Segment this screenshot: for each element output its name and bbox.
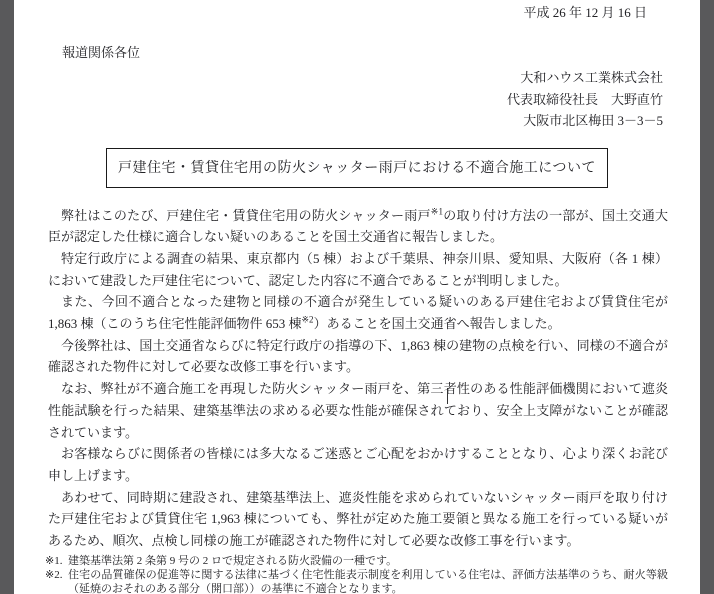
footnote-marker: ※1. (45, 554, 68, 568)
footnote-text: 住宅の品質確保の促進等に関する法律に基づく住宅性能表示制度を利用している住宅は、… (68, 568, 668, 594)
body-paragraph: お客様ならびに関係者の皆様には多大なるご迷惑とご心配をおかけすることとなり、心よ… (48, 443, 668, 486)
footnote-ref: ※2 (302, 315, 314, 325)
paragraph-text: 今後弊社は、国土交通省ならびに特定行政庁の指導の下、1,863 棟の建物の点検を… (48, 338, 668, 375)
paragraph-text: あわせて、同時期に建設され、建築基準法上、遮炎性能を求められていないシャッター雨… (48, 490, 668, 548)
paragraph-text: お客様ならびに関係者の皆様には多大なるご迷惑とご心配をおかけすることとなり、心よ… (48, 446, 668, 483)
sender-block: 大和ハウス工業株式会社 代表取締役社長 大野直竹 大阪市北区梅田 3－3－5 (14, 67, 700, 132)
sender-representative: 代表取締役社長 大野直竹 (14, 89, 663, 111)
document-title: 戸建住宅・賃貸住宅用の防火シャッター雨戸における不適合施工について (118, 161, 596, 176)
footnote: ※2.住宅の品質確保の促進等に関する法律に基づく住宅性能表示制度を利用している住… (45, 568, 668, 594)
paragraph-text: 弊社はこのたび、戸建住宅・賃貸住宅用の防火シャッター雨戸 (61, 208, 431, 223)
body-paragraph: また、今回不適合となった建物と同様の不適合が発生している疑いのある戸建住宅および… (48, 291, 668, 334)
pdf-viewer-background: 平成 26 年 12 月 16 日 報道関係各位 大和ハウス工業株式会社 代表取… (0, 0, 714, 594)
document-date: 平成 26 年 12 月 16 日 (14, 0, 700, 20)
footnotes: ※1.建築基準法第 2 条第 9 号の 2 ロで規定される防火設備の一種です。※… (14, 552, 700, 594)
body-paragraph: 今後弊社は、国土交通省ならびに特定行政庁の指導の下、1,863 棟の建物の点検を… (48, 335, 668, 378)
footnote: ※1.建築基準法第 2 条第 9 号の 2 ロで規定される防火設備の一種です。 (45, 554, 668, 568)
footnote-text: 建築基準法第 2 条第 9 号の 2 ロで規定される防火設備の一種です。 (68, 554, 668, 568)
body-paragraph: なお、弊社が不適合施工を再現した防火シャッター雨戸を、第三者性のある性能評価機関… (48, 378, 668, 443)
footnote-ref: ※1 (431, 206, 443, 216)
paragraph-text: なお、弊社が不適合施工を再現した防火シャッター雨戸を、第三者性のある性能評価機関… (48, 381, 668, 439)
footnote-marker: ※2. (45, 568, 68, 594)
document-page[interactable]: 平成 26 年 12 月 16 日 報道関係各位 大和ハウス工業株式会社 代表取… (14, 0, 700, 594)
paragraph-text: 特定行政庁による調査の結果、東京都内（5 棟）および千葉県、神奈川県、愛知県、大… (48, 251, 668, 288)
body-paragraph: あわせて、同時期に建設され、建築基準法上、遮炎性能を求められていないシャッター雨… (48, 487, 668, 552)
body-paragraph: 弊社はこのたび、戸建住宅・賃貸住宅用の防火シャッター雨戸※1の取り付け方法の一部… (48, 205, 668, 248)
paragraph-text: ）あることを国土交通省へ報告しました。 (314, 316, 561, 331)
sender-address: 大阪市北区梅田 3－3－5 (14, 110, 663, 132)
title-box: 戸建住宅・賃貸住宅用の防火シャッター雨戸における不適合施工について (106, 148, 608, 188)
text-cursor (447, 388, 448, 404)
sender-company: 大和ハウス工業株式会社 (14, 67, 663, 89)
recipient-line: 報道関係各位 (14, 45, 700, 60)
document-body: 弊社はこのたび、戸建住宅・賃貸住宅用の防火シャッター雨戸※1の取り付け方法の一部… (14, 205, 700, 552)
body-paragraph: 特定行政庁による調査の結果、東京都内（5 棟）および千葉県、神奈川県、愛知県、大… (48, 248, 668, 291)
